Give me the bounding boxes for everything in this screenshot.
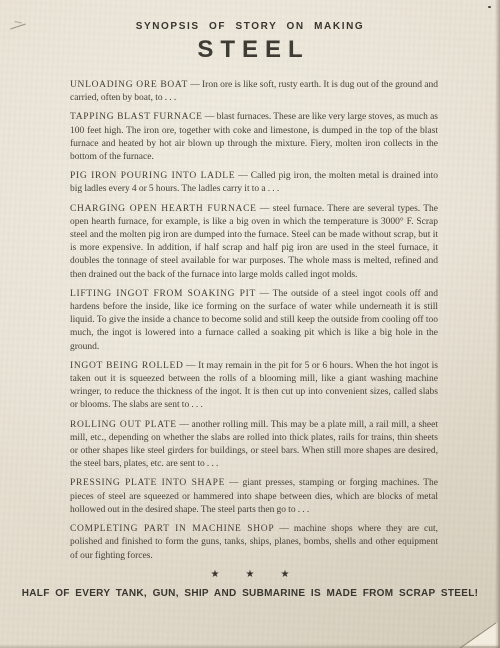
star-divider: ★★★ — [0, 569, 500, 580]
paragraph-heading: PIG IRON POURING INTO LADLE — [70, 171, 235, 181]
paragraph-separator: — — [177, 420, 192, 430]
star-icon: ★ — [280, 569, 289, 580]
synopsis-paragraph: PRESSING PLATE INTO SHAPE — giant presse… — [70, 477, 438, 517]
paragraph-heading: TAPPING BLAST FURNACE — [70, 112, 203, 122]
scanned-leaflet-page: SYNOPSIS OF STORY ON MAKING STEEL UNLOAD… — [0, 0, 500, 648]
photo-edge-right — [495, 0, 500, 648]
paragraph-heading: COMPLETING PART IN MACHINE SHOP — [70, 524, 274, 534]
catchline: HALF OF EVERY TANK, GUN, SHIP AND SUBMAR… — [0, 588, 500, 599]
synopsis-paragraph: ROLLING OUT PLATE — another rolling mill… — [70, 419, 438, 472]
paragraph-list: UNLOADING ORE BOAT — Iron ore is like so… — [70, 79, 438, 563]
photo-edge-bottom — [0, 644, 500, 648]
paragraph-heading: UNLOADING ORE BOAT — [70, 80, 188, 90]
paragraph-separator: — — [257, 204, 273, 214]
synopsis-paragraph: PIG IRON POURING INTO LADLE — Called pig… — [70, 170, 438, 196]
paragraph-heading: PRESSING PLATE INTO SHAPE — [70, 478, 225, 488]
page-title: STEEL — [0, 36, 500, 64]
paragraph-separator: — — [256, 289, 273, 299]
synopsis-paragraph: TAPPING BLAST FURNACE — blast furnaces. … — [70, 111, 438, 164]
page-kicker: SYNOPSIS OF STORY ON MAKING — [0, 0, 500, 32]
star-icon: ★ — [246, 569, 255, 580]
dust-speck — [488, 6, 491, 8]
synopsis-paragraph: LIFTING INGOT FROM SOAKING PIT — The out… — [70, 288, 438, 354]
paragraph-heading: LIFTING INGOT FROM SOAKING PIT — [70, 289, 256, 299]
paragraph-separator: — — [203, 112, 217, 122]
paragraph-heading: CHARGING OPEN HEARTH FURNACE — [70, 204, 257, 214]
paragraph-separator: — — [225, 478, 242, 488]
paragraph-separator: — — [184, 361, 199, 371]
paragraph-separator: — — [235, 171, 250, 181]
paragraph-heading: ROLLING OUT PLATE — [70, 420, 177, 430]
paragraph-body: steel furnace. There are several types. … — [70, 204, 438, 280]
synopsis-paragraph: CHARGING OPEN HEARTH FURNACE — steel fur… — [70, 203, 438, 282]
paragraph-heading: INGOT BEING ROLLED — [70, 361, 184, 371]
paragraph-separator: — — [274, 524, 294, 534]
synopsis-paragraph: INGOT BEING ROLLED — It may remain in th… — [70, 360, 438, 413]
synopsis-paragraph: UNLOADING ORE BOAT — Iron ore is like so… — [70, 79, 438, 105]
star-icon: ★ — [211, 569, 220, 580]
paragraph-separator: — — [188, 80, 202, 90]
synopsis-paragraph: COMPLETING PART IN MACHINE SHOP — machin… — [70, 523, 438, 563]
